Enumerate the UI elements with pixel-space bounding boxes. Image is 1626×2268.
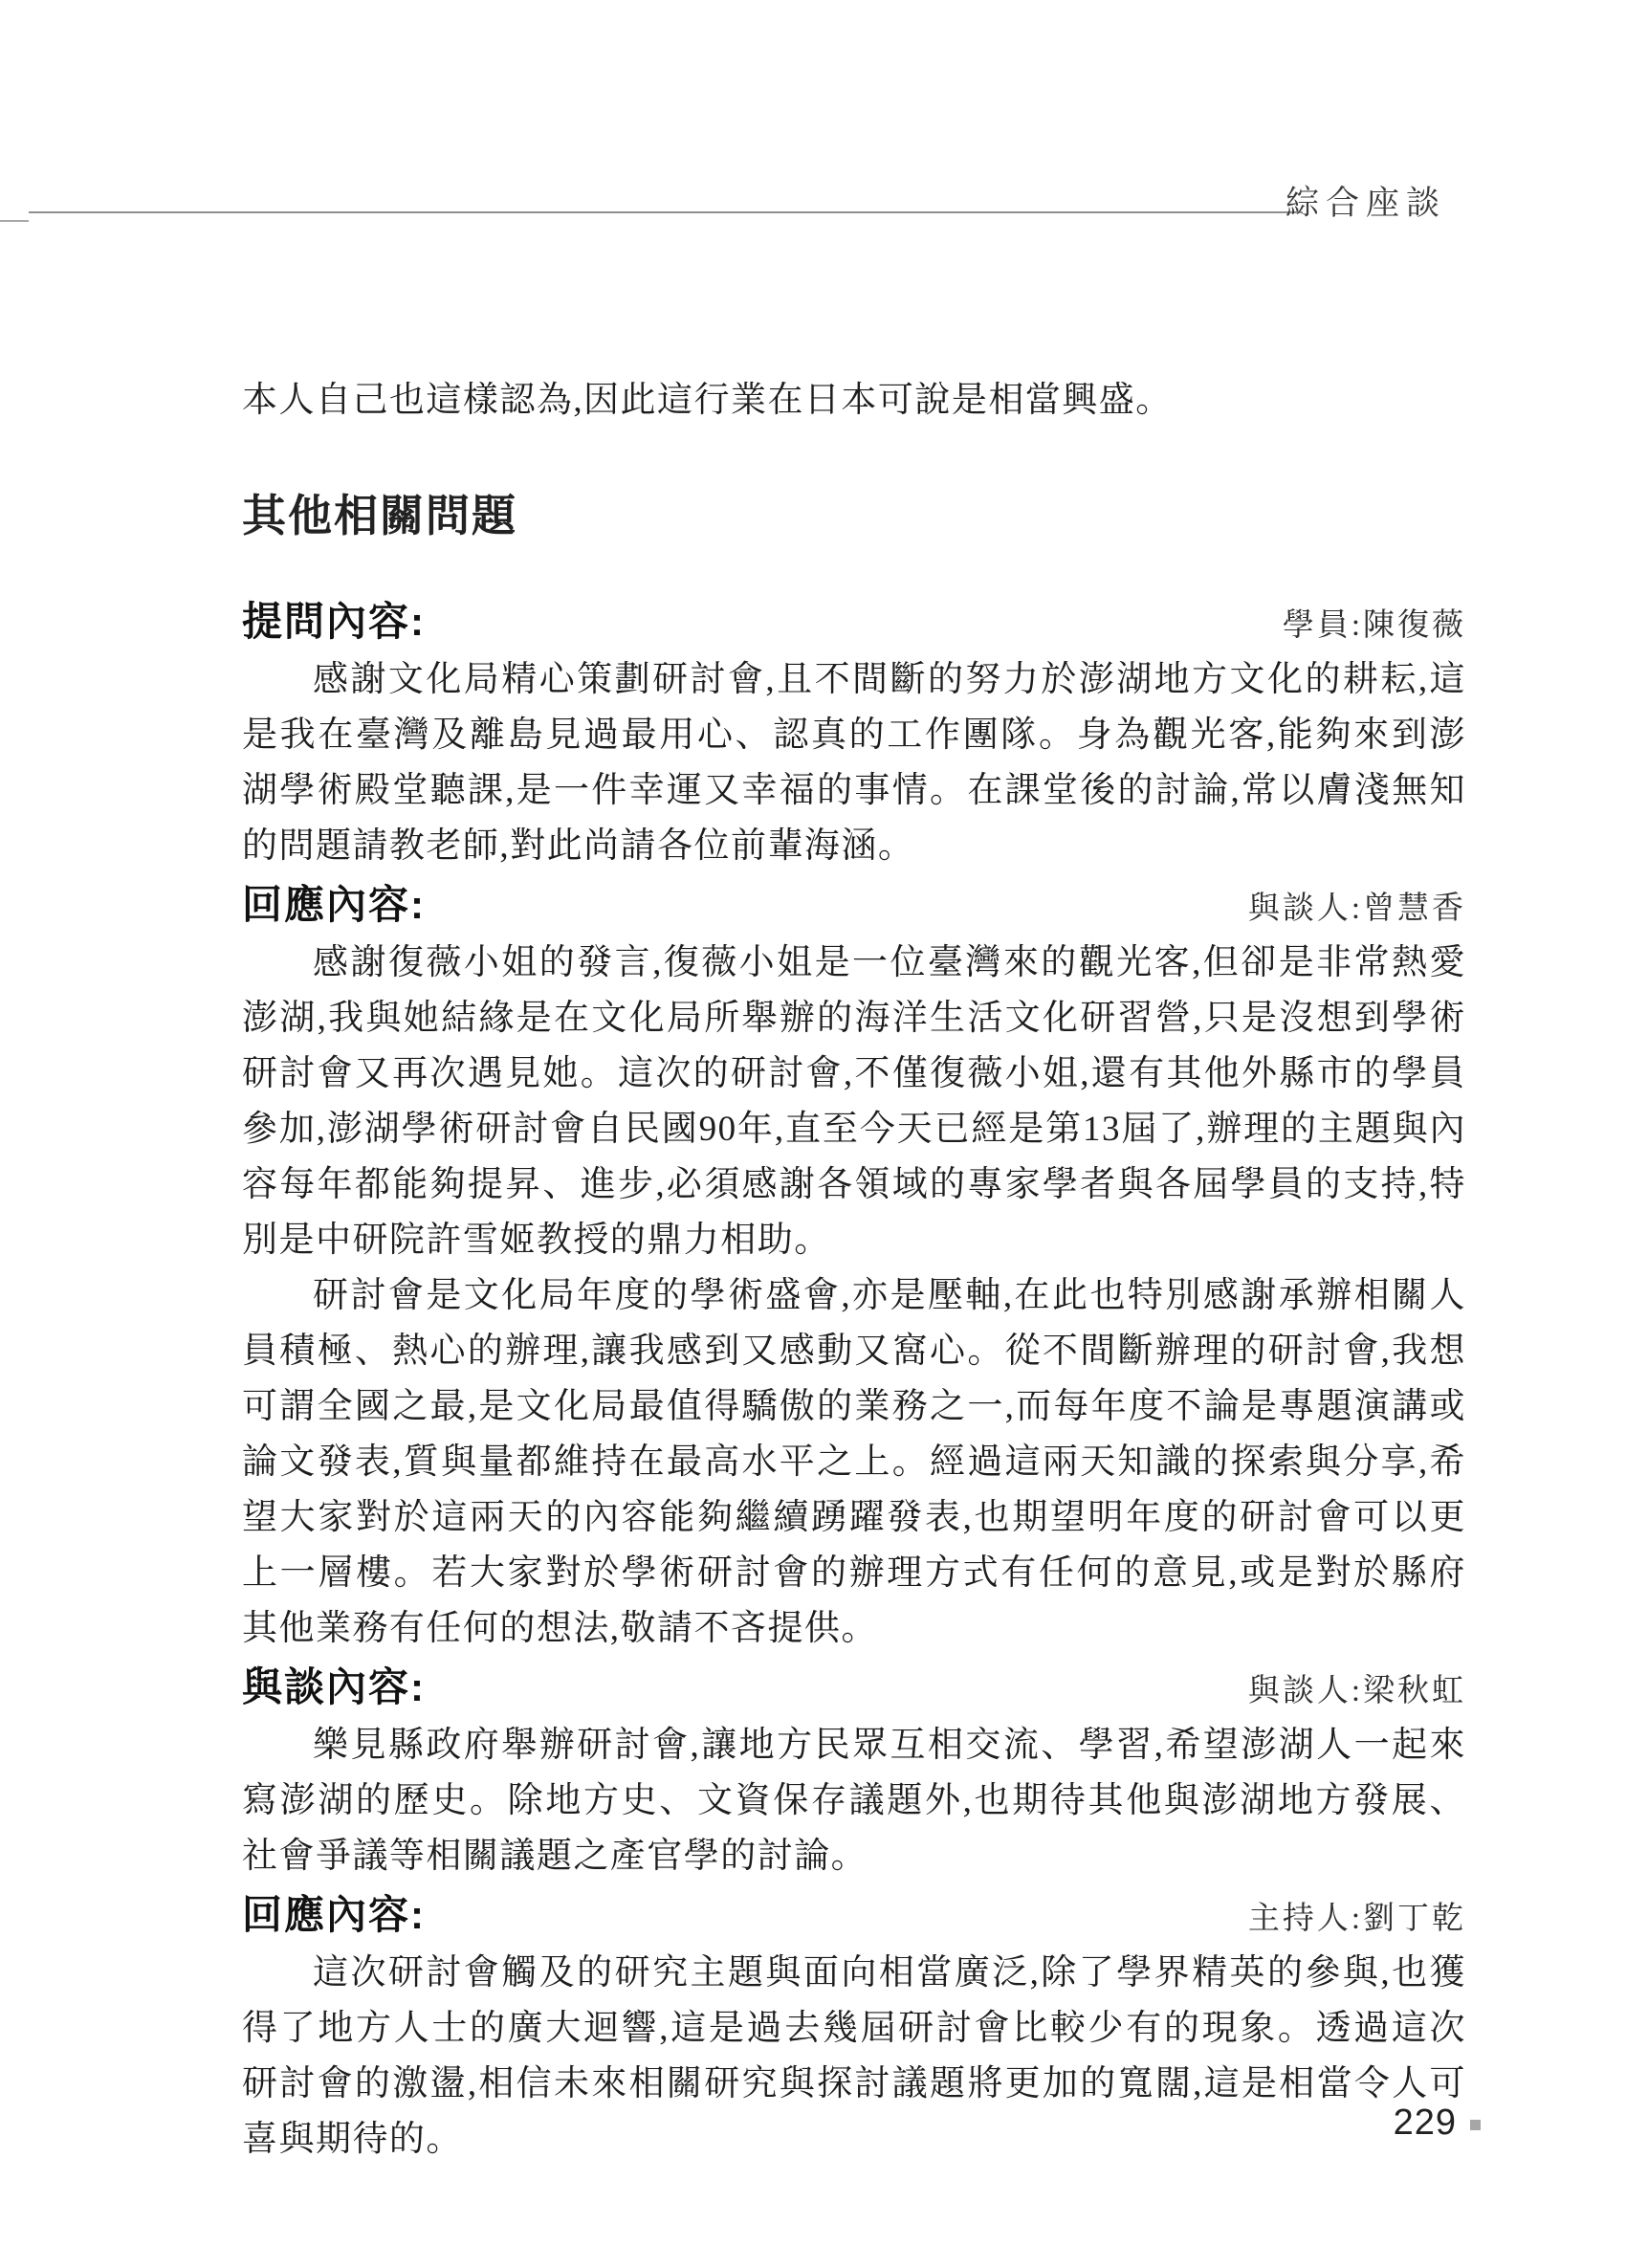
section-heading: 其他相關問題 [242,488,1466,545]
intro-paragraph: 本人自己也這樣認為,因此這行業在日本可說是相當興盛。 [242,373,1466,429]
document-page: 綜合座談 本人自己也這樣認為,因此這行業在日本可說是相當興盛。 其他相關問題 提… [0,0,1626,2268]
qa-paragraph: 樂見縣政府舉辦研討會,讓地方民眾互相交流、學習,希望澎湖人一起來寫澎湖的歷史。除… [242,1718,1466,1884]
page-number: 229 [1394,2103,1457,2144]
qa-speaker: 與談人:梁秋虹 [1248,1661,1466,1722]
page-footer: 229 [1394,2103,1481,2144]
header-rule-edge [0,220,29,222]
qa-label: 回應內容: [242,874,426,936]
qa-paragraph: 感謝文化局精心策劃研討會,且不間斷的努力於澎湖地方文化的耕耘,這是我在臺灣及離島… [242,652,1466,874]
qa-label-row: 回應內容: 與談人:曾慧香 [242,874,1466,936]
text-block: 本人自己也這樣認為,因此這行業在日本可說是相當興盛。 其他相關問題 提問內容: … [242,373,1466,2168]
qa-speaker: 主持人:劉丁乾 [1248,1888,1466,1949]
qa-speaker: 學員:陳復薇 [1283,595,1466,656]
qa-label: 提問內容: [242,591,426,652]
qa-label-row: 回應內容: 主持人:劉丁乾 [242,1884,1466,1946]
header-rule [29,211,1303,213]
qa-paragraph: 研討會是文化局年度的學術盛會,亦是壓軸,在此也特別感謝承辦相關人員積極、熱心的辦… [242,1268,1466,1657]
qa-label: 回應內容: [242,1884,426,1946]
qa-paragraph: 這次研討會觸及的研究主題與面向相當廣泛,除了學界精英的參與,也獲得了地方人士的廣… [242,1946,1466,2168]
qa-label: 與談內容: [242,1657,426,1718]
running-head-title: 綜合座談 [1285,177,1446,225]
qa-paragraph: 感謝復薇小姐的發言,復薇小姐是一位臺灣來的觀光客,但卻是非常熱愛澎湖,我與她結緣… [242,936,1466,1268]
qa-speaker: 與談人:曾慧香 [1248,878,1466,939]
qa-label-row: 提問內容: 學員:陳復薇 [242,591,1466,652]
page-number-marker-icon [1470,2120,1481,2130]
qa-label-row: 與談內容: 與談人:梁秋虹 [242,1657,1466,1718]
